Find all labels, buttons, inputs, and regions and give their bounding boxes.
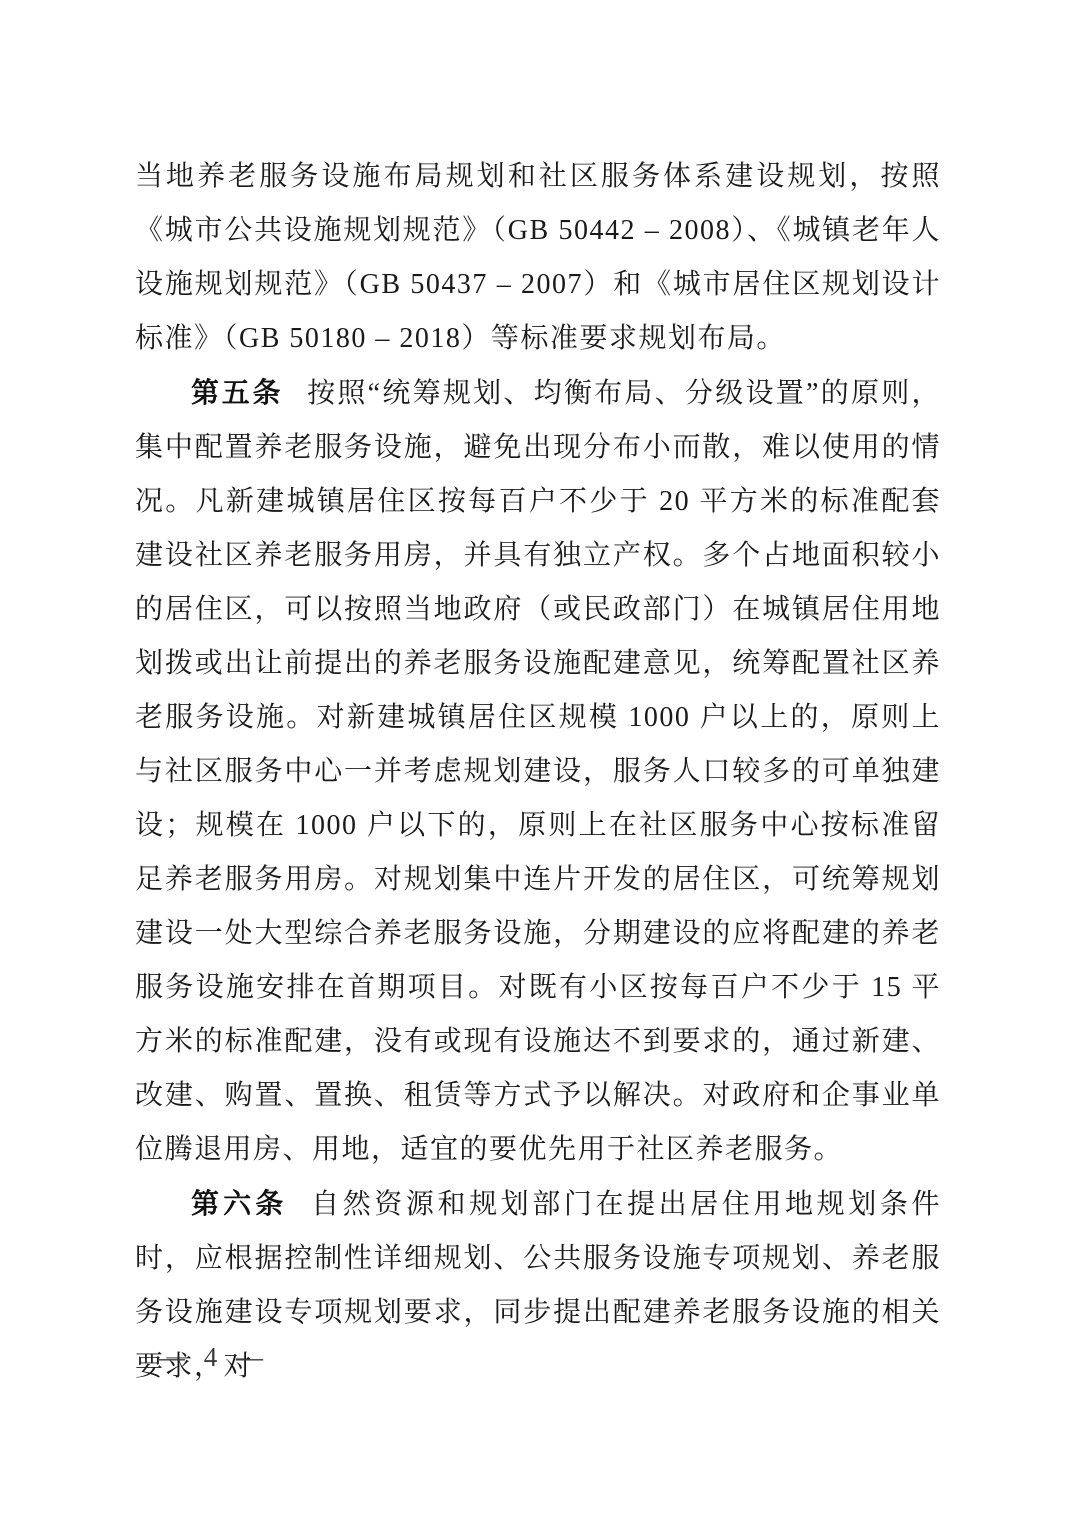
page-background: 当地养老服务设施布局规划和社区服务体系建设规划，按照《城市公共设施规划规范》（G… bbox=[0, 0, 1080, 1528]
article-5-text: 按照“统筹规划、均衡布局、分级设置”的原则，集中配置养老服务设施，避免出现分布小… bbox=[135, 378, 941, 1165]
article-5-heading: 第五条 bbox=[191, 377, 283, 408]
article-6-heading: 第六条 bbox=[191, 1188, 287, 1219]
document-body: 当地养老服务设施布局规划和社区服务体系建设规划，按照《城市公共设施规划规范》（G… bbox=[135, 150, 941, 1394]
page-number: — 4 — bbox=[158, 1337, 265, 1377]
paragraph-continuation-text: 当地养老服务设施布局规划和社区服务体系建设规划，按照《城市公共设施规划规范》（G… bbox=[135, 161, 941, 354]
paragraph-article-5: 第五条按照“统筹规划、均衡布局、分级设置”的原则，集中配置养老服务设施，避免出现… bbox=[135, 366, 941, 1177]
paragraph-continuation: 当地养老服务设施布局规划和社区服务体系建设规划，按照《城市公共设施规划规范》（G… bbox=[135, 150, 941, 366]
document-page: { "body": { "para_continuation": { "text… bbox=[0, 0, 1080, 1528]
